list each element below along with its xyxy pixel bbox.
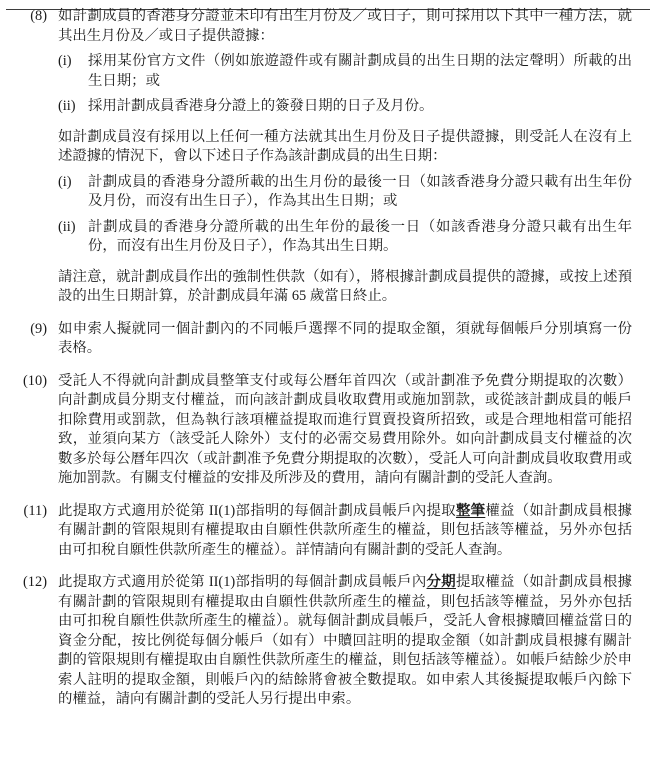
sub-item-marker: (ii)	[58, 218, 76, 238]
sub-item-8a-i: (i) 採用某份官方文件（例如旅遊證件或有關計劃成員的出生日期的法定聲明）所載的…	[58, 52, 632, 91]
footnote-item-12: (12) 此提取方式適用於從第 II(1)部指明的每個計劃成員帳戶內分期提取權益…	[18, 573, 632, 710]
sub-item-marker: (ii)	[58, 97, 76, 117]
emphasis-instalments: 分期	[427, 574, 456, 590]
sub-item-8a-ii: (ii) 採用計劃成員香港身分證上的簽發日期的日子及月份。	[58, 97, 632, 117]
sub-item-text: 計劃成員的香港身分證所載的出生月份的最後一日（如該香港身分證只載有出生年份及月份…	[88, 173, 632, 212]
footnote-item-11: (11) 此提取方式適用於從第 II(1)部指明的每個計劃成員帳戶內提取整筆權益…	[18, 502, 632, 561]
footnote-12-text: 此提取方式適用於從第 II(1)部指明的每個計劃成員帳戶內分期提取權益（如計劃成…	[58, 573, 632, 710]
footnote-8-note: 請注意，就計劃成員作出的強制性供款（如有），將根據計劃成員提供的證據，或按上述預…	[58, 268, 632, 307]
footnote-item-8: (8) 如計劃成員的香港身分證並未印有出生月份及／或日子，則可採用以下其中一種方…	[18, 7, 632, 307]
sub-item-8b-ii: (ii) 計劃成員的香港身分證所載的出生年份的最後一日（如該香港身分證只載有出生…	[58, 218, 632, 257]
sub-item-marker: (i)	[58, 173, 72, 193]
footnote-item-9: (9) 如申索人擬就同一個計劃內的不同帳戶選擇不同的提取金額，須就每個帳戶分別填…	[18, 320, 632, 359]
footnote-12-text-pre: 此提取方式適用於從第 II(1)部指明的每個計劃成員帳戶內	[58, 574, 427, 590]
footnote-8-intro: 如計劃成員的香港身分證並未印有出生月份及／或日子，則可採用以下其中一種方法，就其…	[58, 7, 632, 46]
sub-item-text: 計劃成員的香港身分證所載的出生年份的最後一日（如該香港身分證只載有出生年份，而沒…	[88, 218, 632, 257]
footnote-number-8: (8)	[18, 7, 47, 27]
sub-item-text: 採用計劃成員香港身分證上的簽發日期的日子及月份。	[88, 97, 632, 117]
sub-item-8b-i: (i) 計劃成員的香港身分證所載的出生月份的最後一日（如該香港身分證只載有出生年…	[58, 173, 632, 212]
emphasis-lump-sum: 整筆	[456, 503, 485, 519]
footnote-11-text: 此提取方式適用於從第 II(1)部指明的每個計劃成員帳戶內提取整筆權益（如計劃成…	[58, 502, 632, 561]
footnote-number-9: (9)	[18, 320, 47, 340]
footnote-8-continuation: 如計劃成員沒有採用以上任何一種方法就其出生月份及日子提供證據，則受託人在沒有上述…	[58, 128, 632, 167]
footnote-number-12: (12)	[18, 573, 47, 593]
footnote-9-text: 如申索人擬就同一個計劃內的不同帳戶選擇不同的提取金額，須就每個帳戶分別填寫一份表…	[58, 320, 632, 359]
footnote-item-10: (10) 受託人不得就向計劃成員整筆支付或每公曆年首四次（或計劃准予免費分期提取…	[18, 372, 632, 489]
document-page: (8) 如計劃成員的香港身分證並未印有出生月份及／或日子，則可採用以下其中一種方…	[0, 7, 650, 761]
sub-item-marker: (i)	[58, 52, 72, 72]
footnote-12-text-post: 提取權益（如計劃成員根據有關計劃的管限規則有權提取由自願性供款所產生的權益，則包…	[58, 574, 632, 707]
sub-item-text: 採用某份官方文件（例如旅遊證件或有關計劃成員的出生日期的法定聲明）所載的出生日期…	[88, 52, 632, 91]
footnote-10-text: 受託人不得就向計劃成員整筆支付或每公曆年首四次（或計劃准予免費分期提取的次數）向…	[58, 372, 632, 489]
footnote-11-text-pre: 此提取方式適用於從第 II(1)部指明的每個計劃成員帳戶內提取	[58, 503, 456, 519]
footnote-number-11: (11)	[18, 502, 47, 522]
footnote-number-10: (10)	[18, 372, 47, 392]
